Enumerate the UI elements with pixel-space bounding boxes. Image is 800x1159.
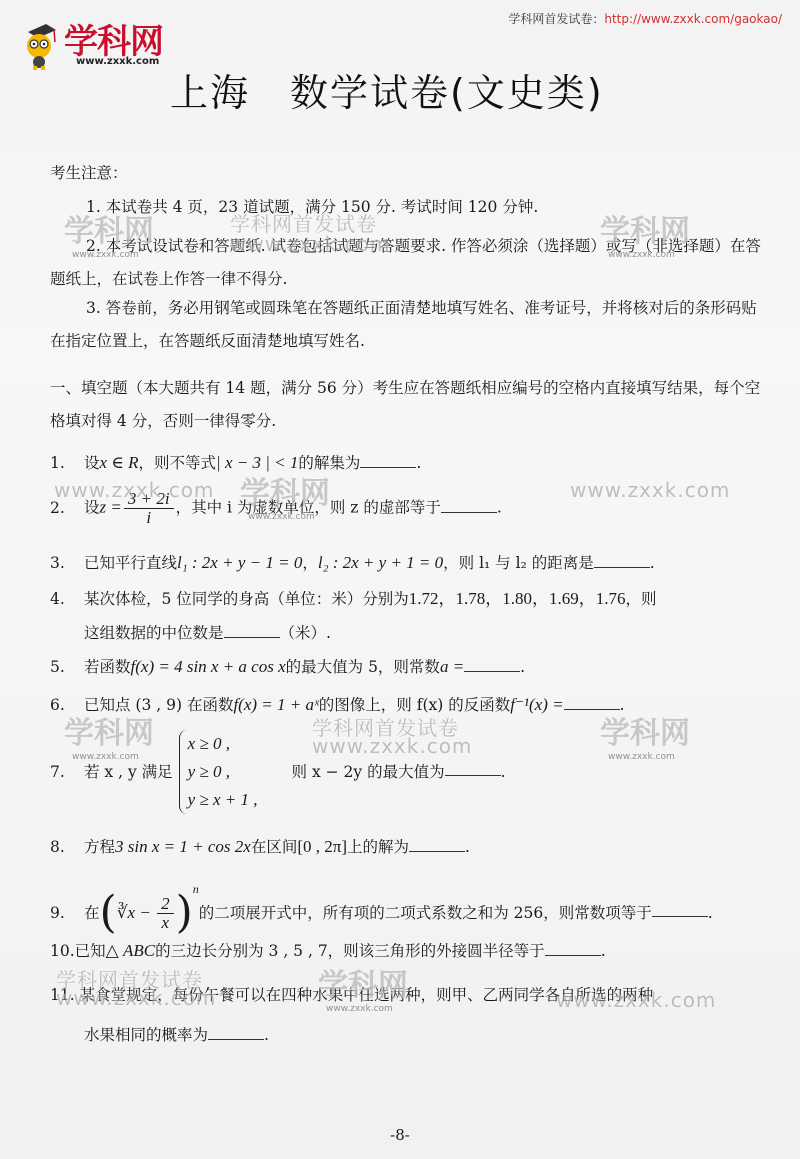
watermark-site: www.zxxk.com	[556, 988, 716, 1012]
watermark-logo: 学科网www.zxxk.com	[64, 206, 154, 260]
logo-site: www.zxxk.com	[76, 56, 159, 67]
source-url-link[interactable]: http://www.zxxk.com/gaokao/	[604, 12, 782, 26]
question-11-line-2: 水果相同的概率为.	[84, 1024, 269, 1046]
question-8: 8.方程3 sin x = 1 + cos 2x在区间[0 , 2π]上的解为.	[50, 836, 470, 858]
answer-blank[interactable]	[208, 1025, 264, 1040]
answer-blank[interactable]	[224, 623, 280, 638]
watermark-site: www.zxxk.com	[54, 478, 214, 502]
notice-item-3: 3. 答卷前，务必用钢笔或圆珠笔在答题纸正面清楚地填写姓名、准考证号，并将核对后…	[50, 292, 770, 358]
question-3: 3.已知平行直线l₁ : 2x + y − 1 = 0，l₂ : 2x + y …	[50, 552, 655, 574]
source-banner: 学科网首发试卷：http://www.zxxk.com/gaokao/	[508, 10, 782, 27]
watermark-site: www.zxxk.com	[56, 986, 216, 1010]
source-label: 学科网首发试卷：	[508, 12, 604, 26]
watermark-site: www.zxxk.com	[230, 232, 390, 256]
zxxk-logo: 学科网 www.zxxk.com	[24, 14, 194, 74]
question-1: 1.设x ∈ R，则不等式| x − 3 | < 1的解集为.	[50, 452, 421, 474]
title-region: 上海	[170, 71, 250, 115]
watermark-logo: 学科网www.zxxk.com	[240, 468, 330, 522]
page-number: -8-	[0, 1124, 800, 1146]
question-10: 10.已知△ ABC的三边长分别为 3 , 5 , 7，则该三角形的外接圆半径等…	[50, 940, 606, 962]
page-title: 上海数学试卷(文史类)	[170, 62, 604, 117]
mascot-icon	[24, 22, 58, 70]
question-5: 5.若函数f(x) = 4 sin x + a cos x的最大值为 5，则常数…	[50, 656, 525, 678]
question-4-line-2: 这组数据的中位数是（米）.	[84, 622, 331, 644]
watermark-logo: 学科网www.zxxk.com	[600, 206, 690, 260]
watermark-logo: 学科网www.zxxk.com	[318, 960, 408, 1014]
answer-blank[interactable]	[409, 837, 465, 852]
watermark-logo: 学科网www.zxxk.com	[64, 708, 154, 762]
watermark-site: www.zxxk.com	[570, 478, 730, 502]
question-4: 4.某次体检，5 位同学的身高（单位：米）分别为1.72，1.78，1.80，1…	[50, 588, 657, 610]
constraint-system: x ≥ 0 ,y ≥ 0 ,y ≥ x + 1 ,	[179, 730, 258, 814]
answer-blank[interactable]	[464, 657, 520, 672]
answer-blank[interactable]	[445, 761, 501, 776]
question-9: 9.在(∛x − 2x)n的二项展开式中，所有项的二项式系数之和为 256，则常…	[50, 878, 713, 935]
answer-blank[interactable]	[594, 553, 650, 568]
fraction: 2x	[157, 895, 174, 932]
watermark-site: www.zxxk.com	[312, 734, 472, 758]
section-1-heading: 一、填空题（本大题共有 14 题，满分 56 分）考生应在答题纸相应编号的空格内…	[50, 372, 770, 438]
answer-blank[interactable]	[545, 941, 601, 956]
watermark-logo: 学科网www.zxxk.com	[600, 708, 690, 762]
title-main: 数学试卷(文史类)	[290, 71, 604, 115]
answer-blank[interactable]	[441, 498, 497, 513]
notice-heading: 考生注意：	[50, 162, 128, 184]
answer-blank[interactable]	[652, 902, 708, 917]
answer-blank[interactable]	[360, 453, 416, 468]
